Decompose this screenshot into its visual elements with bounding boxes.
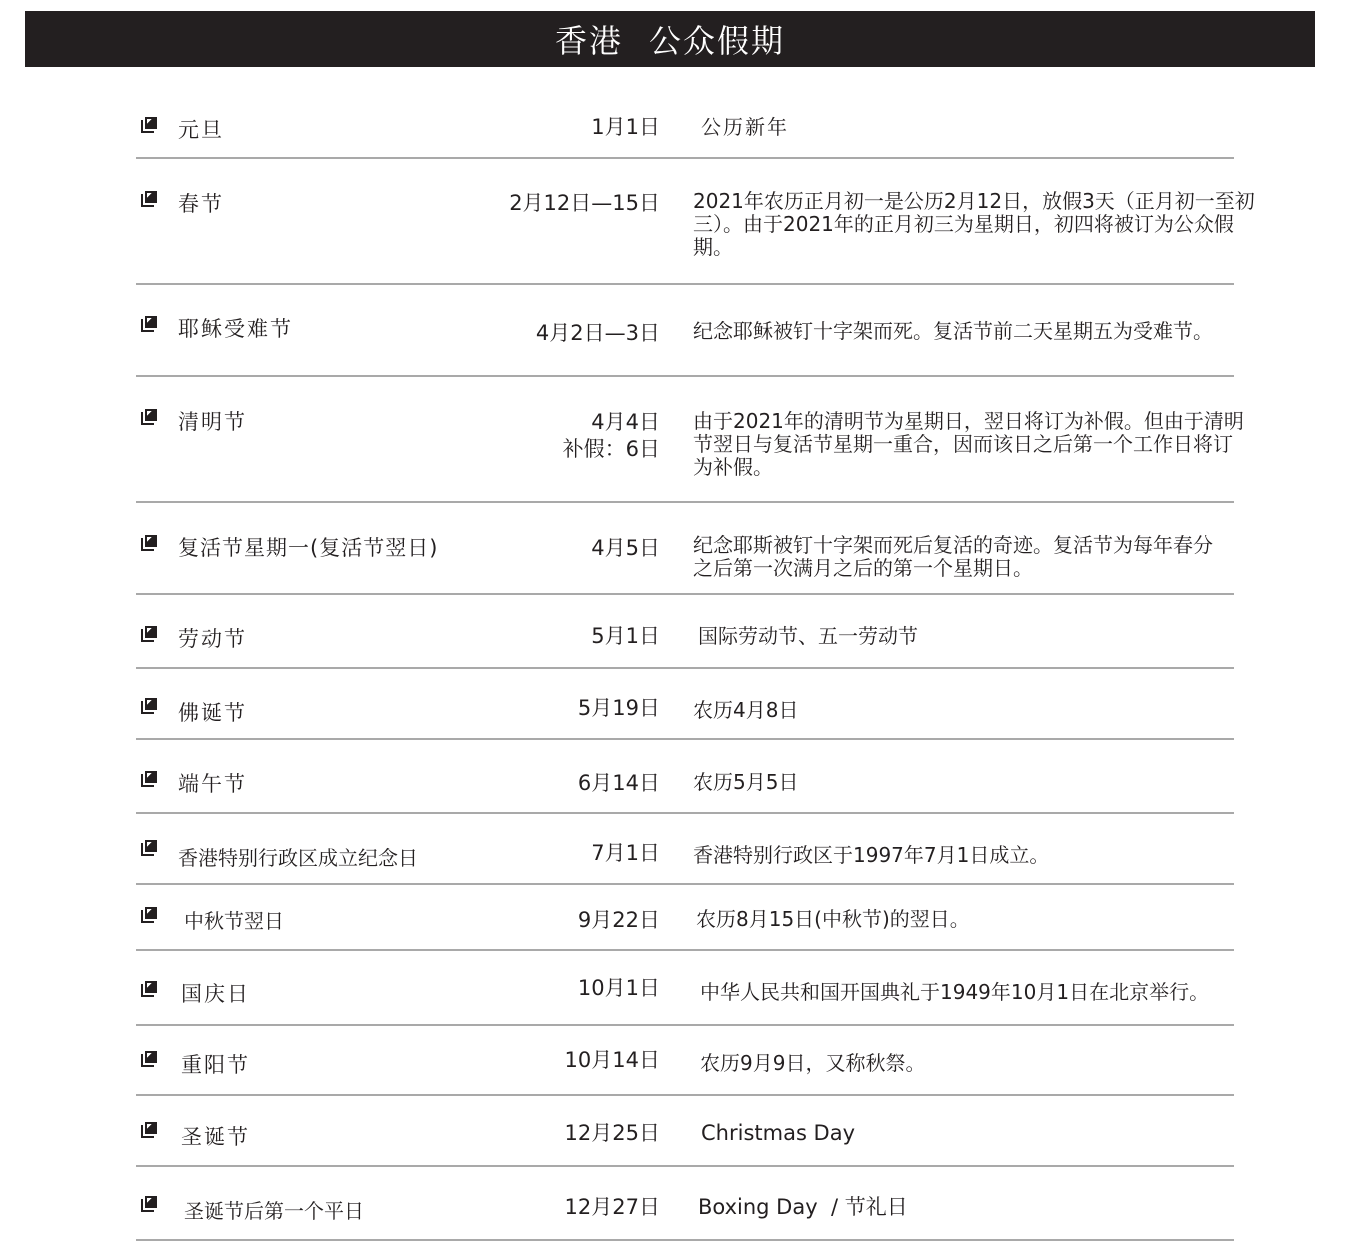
holiday-name: 劳动节 bbox=[178, 623, 247, 653]
holiday-description: Christmas Day bbox=[701, 1122, 1281, 1145]
row-divider bbox=[136, 1094, 1234, 1096]
row-divider bbox=[136, 667, 1234, 669]
holiday-description: 农历8月15日(中秋节)的翌日。 bbox=[696, 908, 1276, 931]
holiday-name: 圣诞节后第一个平日 bbox=[184, 1195, 364, 1224]
row-divider bbox=[136, 883, 1234, 885]
holiday-name: 端午节 bbox=[178, 768, 247, 798]
holiday-description: 中华人民共和国开国典礼于1949年10月1日在北京举行。 bbox=[700, 981, 1300, 1004]
holiday-bullet-icon bbox=[141, 117, 157, 133]
holiday-bullet-icon bbox=[141, 1196, 157, 1212]
holiday-name: 重阳节 bbox=[181, 1049, 250, 1079]
holiday-description: 国际劳动节、五一劳动节 bbox=[698, 625, 1278, 648]
holiday-name: 中秋节翌日 bbox=[184, 905, 284, 934]
holiday-date: 10月14日 bbox=[565, 1047, 660, 1074]
holiday-description: 由于2021年的清明节为星期日，翌日将订为补假。但由于清明节翌日与复活节星期一重… bbox=[693, 410, 1248, 479]
holiday-date: 5月19日 bbox=[578, 695, 660, 722]
holiday-bullet-icon bbox=[141, 409, 157, 425]
holiday-date: 4月4日 bbox=[591, 409, 660, 436]
holiday-bullet-icon bbox=[141, 191, 157, 207]
holiday-description: 公历新年 bbox=[701, 116, 1281, 139]
row-divider bbox=[136, 1165, 1234, 1167]
holiday-date-makeup: 补假：6日 bbox=[563, 436, 660, 463]
holiday-name: 春节 bbox=[178, 188, 224, 218]
row-divider bbox=[136, 738, 1234, 740]
holiday-date: 6月14日 bbox=[578, 770, 660, 797]
holiday-name: 圣诞节 bbox=[181, 1121, 250, 1151]
holiday-bullet-icon bbox=[141, 907, 157, 923]
holiday-date: 12月27日 bbox=[565, 1194, 660, 1221]
holiday-date: 1月1日 bbox=[591, 114, 660, 141]
holiday-date: 7月1日 bbox=[591, 840, 660, 867]
holiday-description: 农历4月8日 bbox=[693, 699, 1273, 722]
holiday-bullet-icon bbox=[141, 981, 157, 997]
holiday-description: 农历9月9日，又称秋祭。 bbox=[700, 1052, 1280, 1075]
holiday-date: 4月5日 bbox=[591, 535, 660, 562]
holiday-bullet-icon bbox=[141, 698, 157, 714]
page-title-text: 公众假期 bbox=[649, 16, 785, 62]
holiday-description: 香港特别行政区于1997年7月1日成立。 bbox=[693, 844, 1273, 867]
holiday-name: 复活节星期一(复活节翌日) bbox=[178, 532, 438, 562]
holiday-bullet-icon bbox=[141, 626, 157, 642]
holiday-date: 9月22日 bbox=[578, 907, 660, 934]
page-title-bar: 香港 公众假期 bbox=[25, 11, 1315, 67]
holiday-date: 2月12日—15日 bbox=[509, 190, 660, 217]
holiday-name: 香港特别行政区成立纪念日 bbox=[178, 842, 418, 871]
holiday-name: 佛诞节 bbox=[178, 697, 247, 727]
row-divider bbox=[136, 157, 1234, 159]
row-divider bbox=[136, 593, 1234, 595]
row-divider bbox=[136, 375, 1234, 377]
holiday-date: 12月25日 bbox=[565, 1120, 660, 1147]
holiday-description: 纪念耶稣被钉十字架而死。复活节前二天星期五为受难节。 bbox=[693, 320, 1293, 343]
holiday-date: 10月1日 bbox=[578, 975, 660, 1002]
holiday-name: 耶稣受难节 bbox=[178, 313, 293, 343]
page-title-region: 香港 bbox=[555, 16, 623, 62]
holiday-bullet-icon bbox=[141, 771, 157, 787]
holiday-bullet-icon bbox=[141, 535, 157, 551]
row-divider bbox=[136, 949, 1234, 951]
row-divider bbox=[136, 501, 1234, 503]
holiday-description: 纪念耶斯被钉十字架而死后复活的奇迹。复活节为每年春分之后第一次满月之后的第一个星… bbox=[693, 534, 1223, 580]
holiday-bullet-icon bbox=[141, 1122, 157, 1138]
row-divider bbox=[136, 1024, 1234, 1026]
row-divider bbox=[136, 812, 1234, 814]
holiday-date: 5月1日 bbox=[591, 623, 660, 650]
holiday-bullet-icon bbox=[141, 840, 157, 856]
holiday-description: 2021年农历正月初一是公历2月12日，放假3天（正月初一至初三）。由于2021… bbox=[693, 190, 1273, 259]
holiday-bullet-icon bbox=[141, 1051, 157, 1067]
holiday-description: Boxing Day / 节礼日 bbox=[698, 1196, 1278, 1219]
holiday-date: 4月2日—3日 bbox=[536, 320, 660, 347]
holiday-description: 农历5月5日 bbox=[693, 771, 1273, 794]
holiday-name: 清明节 bbox=[178, 406, 247, 436]
row-divider bbox=[136, 1239, 1234, 1241]
row-divider bbox=[136, 283, 1234, 285]
holiday-bullet-icon bbox=[141, 316, 157, 332]
holiday-name: 元旦 bbox=[178, 114, 224, 144]
holiday-name: 国庆日 bbox=[181, 978, 250, 1008]
